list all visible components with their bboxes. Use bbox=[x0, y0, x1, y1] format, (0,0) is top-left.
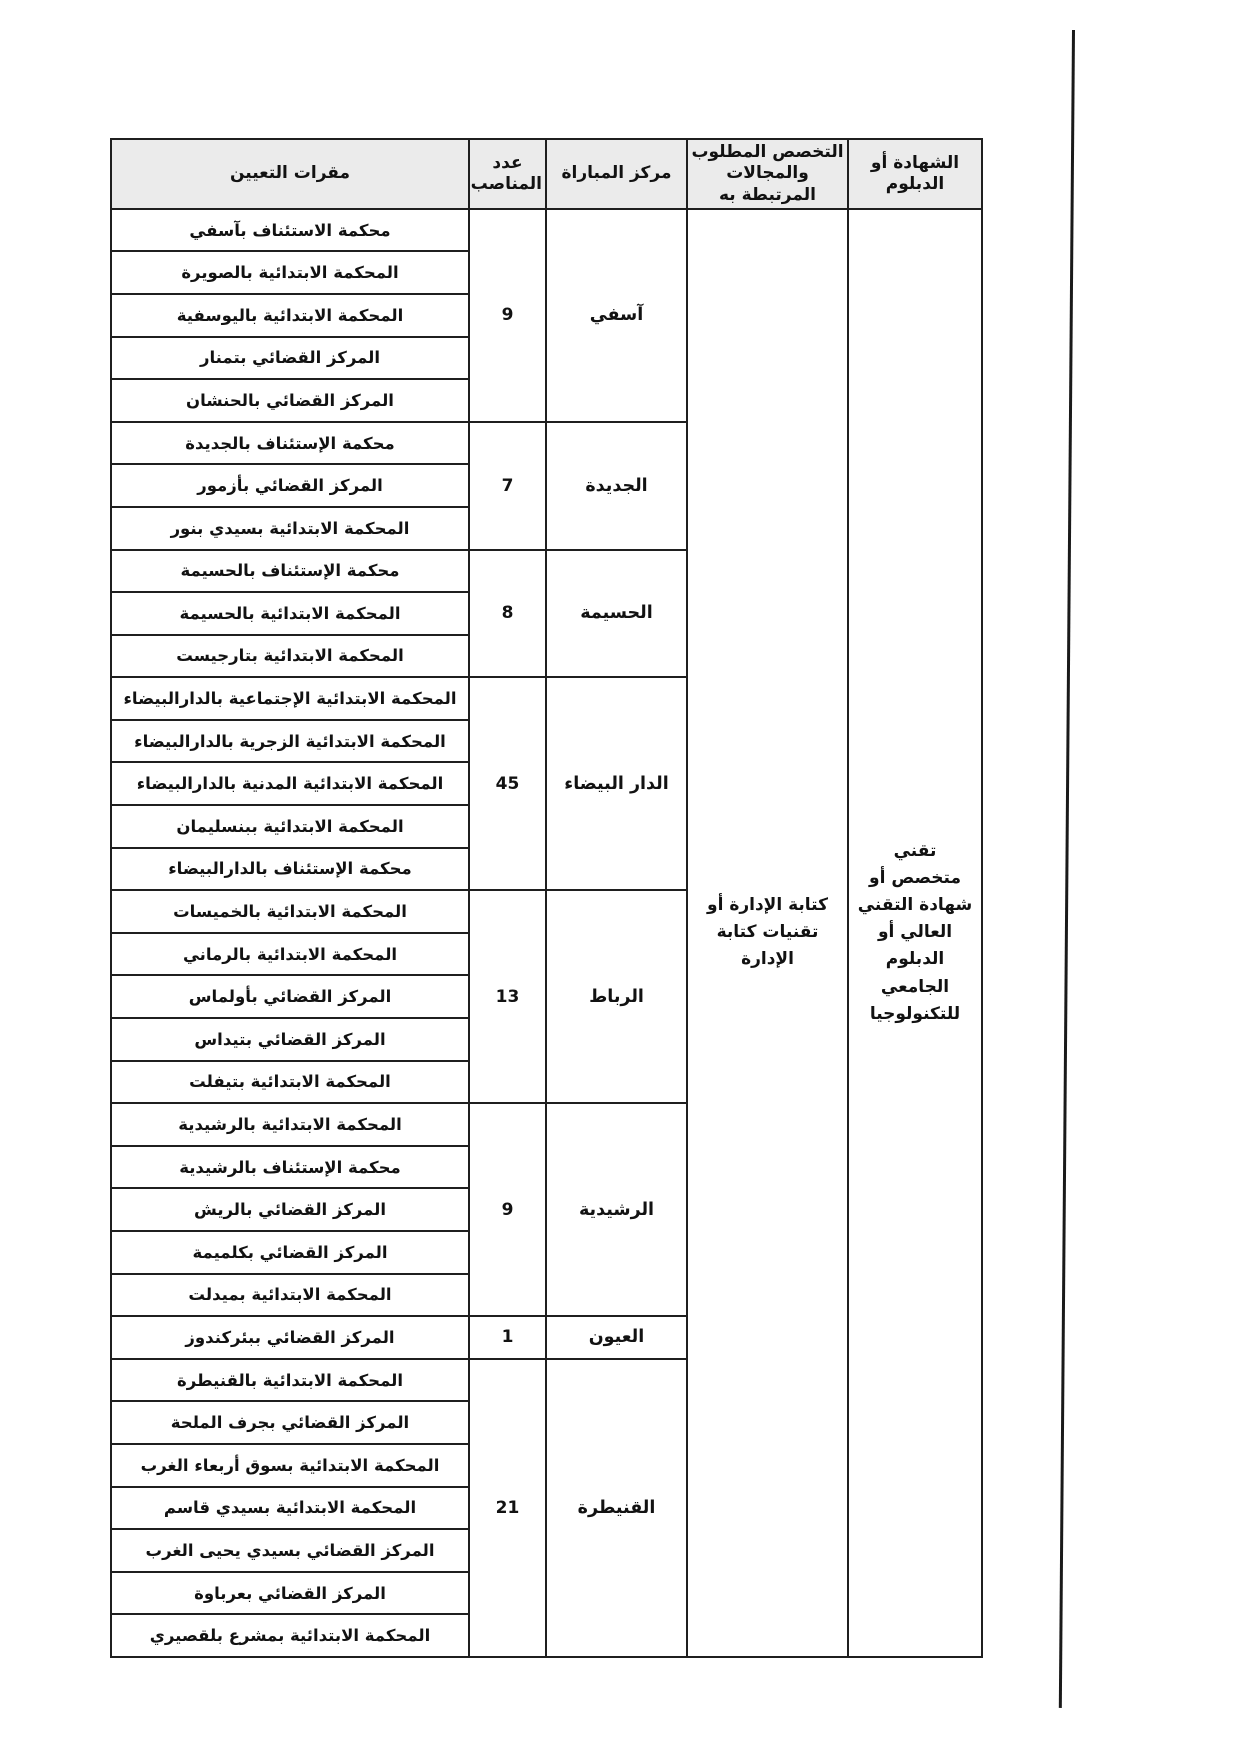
diploma-cell: تقني متخصص أو شهادة التقني العالي أو الد… bbox=[848, 209, 982, 1657]
location-cell: المحكمة الابتدائية بالقنيطرة bbox=[111, 1359, 469, 1402]
location-cell: المحكمة الابتدائية بالحسيمة bbox=[111, 592, 469, 635]
table-row: تقني متخصص أو شهادة التقني العالي أو الد… bbox=[111, 209, 982, 252]
location-cell: المركز القضائي بكلميمة bbox=[111, 1231, 469, 1274]
location-cell: المركز القضائي بالريش bbox=[111, 1188, 469, 1231]
center-cell: الرشيدية bbox=[546, 1103, 687, 1316]
location-cell: المحكمة الابتدائية بالصويرة bbox=[111, 251, 469, 294]
center-cell: القنيطرة bbox=[546, 1359, 687, 1657]
location-cell: محكمة الإستئناف بالجديدة bbox=[111, 422, 469, 465]
location-cell: المحكمة الابتدائية بسيدي قاسم bbox=[111, 1487, 469, 1530]
center-cell: آسفي bbox=[546, 209, 687, 422]
location-cell: المحكمة الابتدائية المدنية بالدارالبيضاء bbox=[111, 762, 469, 805]
center-cell: الجديدة bbox=[546, 422, 687, 550]
location-cell: محكمة الإستئناف بالرشيدية bbox=[111, 1146, 469, 1189]
document-page: الشهادة أو الدبلوم التخصص المطلوب والمجا… bbox=[0, 0, 1240, 1754]
location-cell: المركز القضائي بتمنار bbox=[111, 337, 469, 380]
location-cell: المركز القضائي بأزمور bbox=[111, 464, 469, 507]
header-row: الشهادة أو الدبلوم التخصص المطلوب والمجا… bbox=[111, 139, 982, 209]
location-cell: المحكمة الابتدائية بالخميسات bbox=[111, 890, 469, 933]
location-cell: المحكمة الابتدائية بسوق أربعاء الغرب bbox=[111, 1444, 469, 1487]
location-cell: المحكمة الابتدائية الزجرية بالدارالبيضاء bbox=[111, 720, 469, 763]
location-cell: المحكمة الابتدائية ببنسليمان bbox=[111, 805, 469, 848]
location-cell: المحكمة الابتدائية بالرماني bbox=[111, 933, 469, 976]
header-specialization: التخصص المطلوب والمجالات المرتبطة به bbox=[687, 139, 848, 209]
header-locations: مقرات التعيين bbox=[111, 139, 469, 209]
location-cell: المحكمة الابتدائية بتيفلت bbox=[111, 1061, 469, 1104]
location-cell: محكمة الإستئناف بالدارالبيضاء bbox=[111, 848, 469, 891]
location-cell: المحكمة الابتدائية بتارجيست bbox=[111, 635, 469, 678]
center-cell: العيون bbox=[546, 1316, 687, 1359]
page-edge-line bbox=[1059, 30, 1075, 1708]
location-cell: المحكمة الابتدائية بمشرع بلقصيري bbox=[111, 1614, 469, 1657]
positions-cell: 9 bbox=[469, 209, 546, 422]
positions-cell: 21 bbox=[469, 1359, 546, 1657]
specialization-cell: كتابة الإدارة أو تقنيات كتابة الإدارة bbox=[687, 209, 848, 1657]
location-cell: المركز القضائي بعرباوة bbox=[111, 1572, 469, 1615]
location-cell: المحكمة الابتدائية الإجتماعية بالدارالبي… bbox=[111, 677, 469, 720]
location-cell: المحكمة الابتدائية بسيدي بنور bbox=[111, 507, 469, 550]
positions-cell: 7 bbox=[469, 422, 546, 550]
location-cell: المركز القضائي بسيدي يحيى الغرب bbox=[111, 1529, 469, 1572]
positions-cell: 13 bbox=[469, 890, 546, 1103]
positions-cell: 8 bbox=[469, 550, 546, 678]
positions-cell: 45 bbox=[469, 677, 546, 890]
location-cell: محكمة الاستئناف بآسفي bbox=[111, 209, 469, 252]
header-positions: عدد المناصب bbox=[469, 139, 546, 209]
location-cell: المحكمة الابتدائية بالرشيدية bbox=[111, 1103, 469, 1146]
positions-cell: 9 bbox=[469, 1103, 546, 1316]
location-cell: محكمة الإستئناف بالحسيمة bbox=[111, 550, 469, 593]
location-cell: المحكمة الابتدائية باليوسفية bbox=[111, 294, 469, 337]
header-center: مركز المباراة bbox=[546, 139, 687, 209]
header-diploma: الشهادة أو الدبلوم bbox=[848, 139, 982, 209]
location-cell: المركز القضائي بجرف الملحة bbox=[111, 1401, 469, 1444]
location-cell: المركز القضائي بتيداس bbox=[111, 1018, 469, 1061]
center-cell: الدار البيضاء bbox=[546, 677, 687, 890]
location-cell: المركز القضائي بالحنشان bbox=[111, 379, 469, 422]
center-cell: الحسيمة bbox=[546, 550, 687, 678]
location-cell: المركز القضائي بأولماس bbox=[111, 975, 469, 1018]
positions-cell: 1 bbox=[469, 1316, 546, 1359]
location-cell: المركز القضائي ببئركندوز bbox=[111, 1316, 469, 1359]
recruitment-table: الشهادة أو الدبلوم التخصص المطلوب والمجا… bbox=[110, 138, 983, 1658]
center-cell: الرباط bbox=[546, 890, 687, 1103]
location-cell: المحكمة الابتدائية بميدلت bbox=[111, 1274, 469, 1317]
